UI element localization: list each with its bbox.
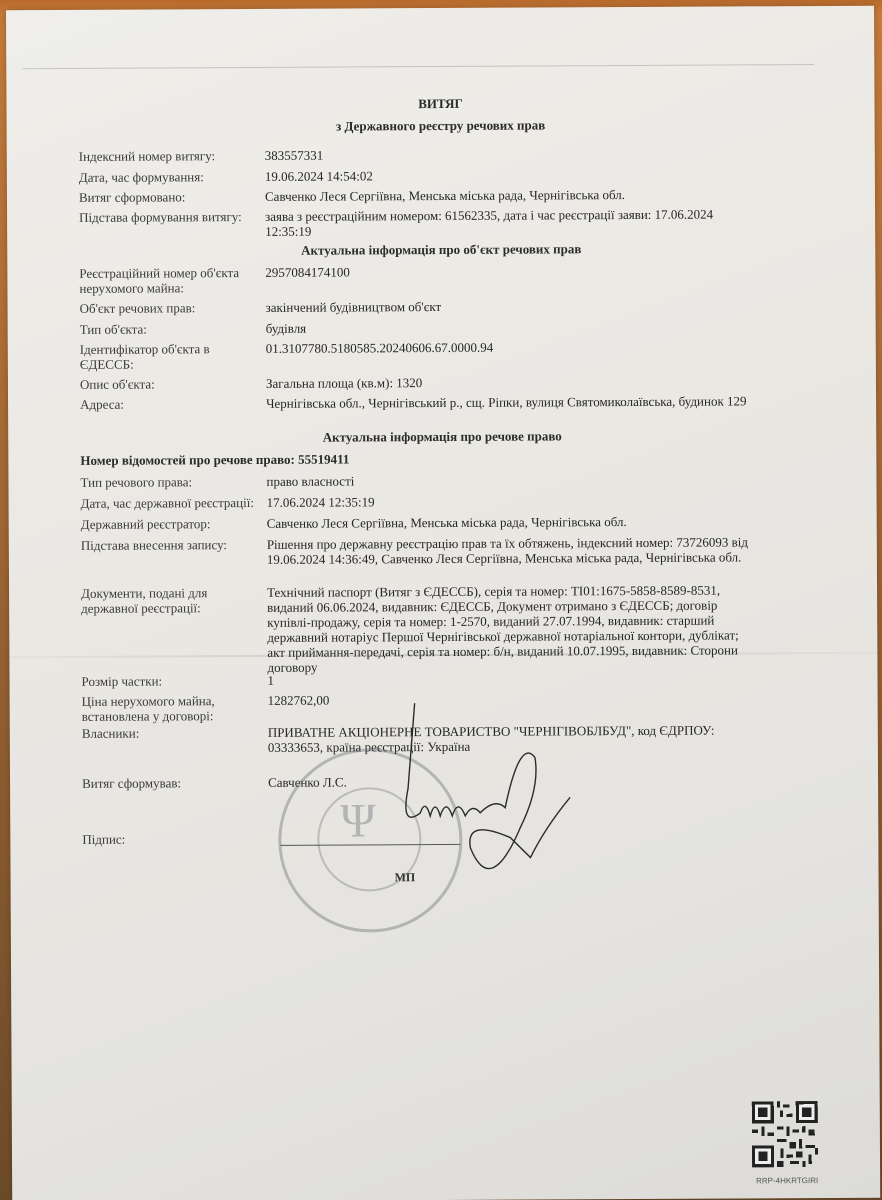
field-label: Підпис:	[82, 831, 264, 847]
field-value: Савченко Леся Сергіївна, Менська міська …	[265, 186, 755, 204]
field-label: Опис об'єкта:	[80, 376, 262, 392]
field-label: Підстава внесення запису:	[81, 537, 263, 553]
document-page: ВИТЯГ з Державного реєстру речових прав …	[6, 6, 880, 1200]
right-section-heading: Актуальна інформація про речове право	[8, 427, 876, 447]
field-right-type: Тип речового права: право власності	[80, 471, 760, 475]
field-value: 19.06.2024 14:54:02	[265, 166, 755, 184]
object-section-heading: Актуальна інформація про об'єкт речових …	[7, 240, 875, 260]
document-subtitle: з Державного реєстру речових прав	[7, 116, 875, 136]
field-label: Розмір частки:	[81, 673, 263, 689]
field-registration-datetime: Дата, час державної реєстрації: 17.06.20…	[81, 492, 761, 496]
field-value: 17.06.2024 12:35:19	[267, 492, 757, 510]
field-formation-datetime: Дата, час формування: 19.06.2024 14:54:0…	[79, 166, 759, 170]
field-contract-price: Ціна нерухомого майна, встановлена у дог…	[82, 690, 762, 694]
field-label: Витяг сформував:	[82, 775, 264, 791]
field-value: 1	[267, 670, 757, 688]
field-label: Тип речового права:	[80, 474, 262, 490]
field-label: Витяг сформовано:	[79, 189, 261, 205]
field-object-type: Тип об'єкта: будівля	[80, 318, 760, 322]
field-label: Дата, час формування:	[79, 169, 261, 185]
field-value: заява з реєстраційним номером: 61562335,…	[265, 206, 755, 239]
extract-document: ВИТЯГ з Державного реєстру речових прав …	[6, 6, 874, 11]
field-submitted-documents: Документи, подані для державної реєстрац…	[81, 582, 761, 586]
qr-code-icon	[752, 1101, 818, 1167]
field-index-number: Індексний номер витягу: 383557331	[79, 145, 759, 149]
field-value: 01.3107780.5180585.20240606.67.0000.94	[266, 338, 756, 356]
field-value: Загальна площа (кв.м): 1320	[266, 373, 756, 391]
field-label: Індексний номер витягу:	[79, 148, 261, 164]
qr-code-caption: RRP-4HKRTGIRI	[752, 1176, 822, 1185]
field-value: Чернігівська обл., Чернігівський р., сщ.…	[266, 393, 756, 411]
field-label: Підстава формування витягу:	[79, 209, 261, 225]
field-formed-by: Витяг сформовано: Савченко Леся Сергіївн…	[79, 186, 759, 190]
field-label: Документи, подані для державної реєстрац…	[81, 585, 263, 616]
field-label: Адреса:	[80, 396, 262, 412]
field-label: Власники:	[82, 725, 264, 741]
field-value: 383557331	[265, 145, 755, 163]
field-formation-basis: Підстава формування витягу: заява з реєс…	[79, 206, 759, 210]
field-value: право власності	[266, 471, 756, 489]
field-label: Державний реєстратор:	[81, 516, 263, 532]
right-record-number: Номер відомостей про речове право: 55519…	[80, 451, 349, 467]
field-address: Адреса: Чернігівська обл., Чернігівський…	[80, 393, 760, 397]
field-state-registrar: Державний реєстратор: Савченко Леся Серг…	[81, 513, 761, 517]
field-label: Тип об'єкта:	[80, 321, 262, 337]
field-entry-basis: Підстава внесення запису: Рішення про де…	[81, 534, 761, 538]
field-object-identifier: Ідентифікатор об'єкта в ЄДЕССБ: 01.31077…	[80, 338, 760, 342]
field-label: Об'єкт речових прав:	[80, 300, 262, 316]
field-label: Ціна нерухомого майна, встановлена у дог…	[82, 693, 264, 724]
field-value: Рішення про державну реєстрацію прав та …	[267, 534, 757, 567]
paper-fold-line	[22, 64, 814, 69]
field-registration-number: Реєстраційний номер об'єкта нерухомого м…	[79, 262, 759, 266]
field-value: Савченко Леся Сергіївна, Менська міська …	[267, 513, 757, 531]
field-value: закінчений будівництвом об'єкт	[266, 297, 756, 315]
field-value: Технічний паспорт (Витяг з ЄДЕССБ), сері…	[267, 582, 757, 675]
field-value: 2957084174100	[265, 262, 755, 280]
field-label: Ідентифікатор об'єкта в ЄДЕССБ:	[80, 341, 262, 372]
field-label: Реєстраційний номер об'єкта нерухомого м…	[79, 265, 261, 296]
document-title: ВИТЯГ	[6, 94, 874, 114]
field-label: Дата, час державної реєстрації:	[81, 495, 263, 511]
field-object-description: Опис об'єкта: Загальна площа (кв.м): 132…	[80, 373, 760, 377]
seal-mark-label: МП	[395, 870, 416, 885]
field-object-of-rights: Об'єкт речових прав: закінчений будівниц…	[80, 297, 760, 301]
field-value: будівля	[266, 318, 756, 336]
